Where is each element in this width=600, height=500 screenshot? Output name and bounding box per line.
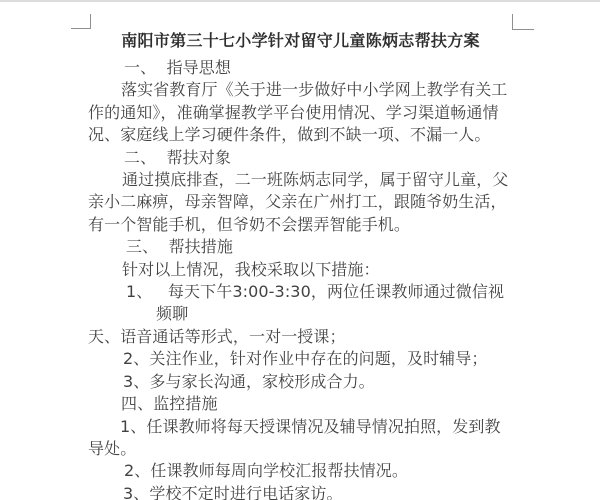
document-line: 四、监控措施 [88,393,513,415]
document-page: 南阳市第三十七小学针对留守儿童陈炳志帮扶方案 一、 指导思想落实省教育厅《关于进… [0,0,600,500]
document-line: 况、家庭线上学习硬件条件，做到不缺一项、不漏一人。 [88,124,513,146]
document-line: 2、关注作业，针对作业中存在的问题，及时辅导； [88,348,513,370]
document-line: 1、 每天下午3:00-3:30，两位任课教师通过微信视 [88,281,513,303]
text-boundary-mark-top-right [512,14,534,30]
document-line: 作的通知》，准确掌握教学平台使用情况、学习渠道畅通情 [88,102,513,124]
document-line: 导处。 [88,438,513,460]
document-content: 南阳市第三十七小学针对留守儿童陈炳志帮扶方案 一、 指导思想落实省教育厅《关于进… [88,28,513,500]
document-line: 有一个智能手机，但爷奶不会摆弄智能手机。 [88,214,513,236]
document-line: 3、学校不定时进行电话家访。 [88,483,513,500]
document-body: 一、 指导思想落实省教育厅《关于进一步做好中小学网上教学有关工作的通知》，准确掌… [88,57,513,500]
document-line: 二、 帮扶对象 [88,147,513,169]
document-line: 3、多与家长沟通，家校形成合力。 [88,371,513,393]
text-boundary-mark-top-left [71,14,91,29]
document-line: 2、任课教师每周向学校汇报帮扶情况。 [88,460,513,482]
document-line: 通过摸底排查，二一班陈炳志同学，属于留守儿童，父 [88,169,513,191]
document-line: 一、 指导思想 [88,57,513,79]
document-title: 南阳市第三十七小学针对留守儿童陈炳志帮扶方案 [88,28,513,54]
document-line: 亲小二麻痹，母亲智障，父亲在广州打工，跟随爷奶生活， [88,191,513,213]
document-line: 落实省教育厅《关于进一步做好中小学网上教学有关工 [88,79,513,101]
document-line: 三、 帮扶措施 [88,236,513,258]
document-line: 1、任课教师将每天授课情况及辅导情况拍照，发到教 [88,416,513,438]
document-line: 频聊 [88,303,513,325]
document-line: 针对以上情况，我校采取以下措施： [88,259,513,281]
document-line: 天、语音通话等形式，一对一授课； [88,326,513,348]
